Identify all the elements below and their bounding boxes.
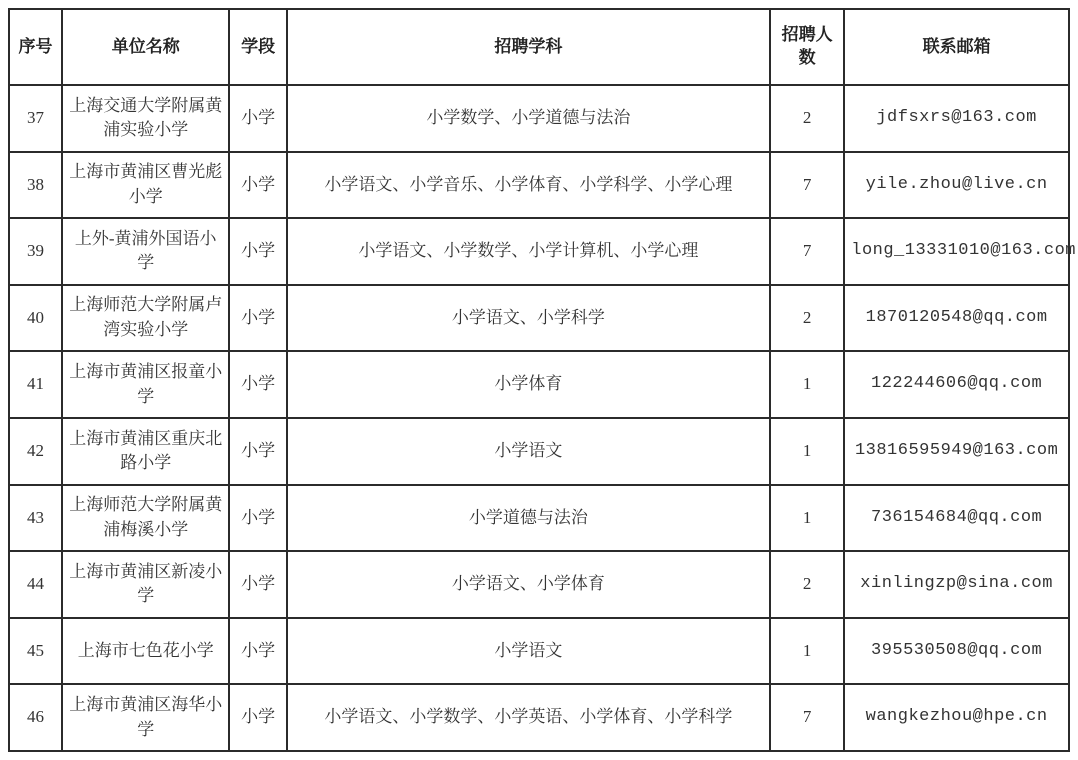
document-page: 序号 单位名称 学段 招聘学科 招聘人数 联系邮箱 37 上海交通大学附属黄浦实… [0, 0, 1078, 760]
email-cell: 122244606@qq.com [844, 351, 1069, 418]
stage-cell: 小学 [229, 485, 286, 552]
count-cell: 1 [770, 485, 844, 552]
subjects-cell: 小学语文 [287, 618, 770, 685]
subjects-cell: 小学语文、小学数学、小学英语、小学体育、小学科学 [287, 684, 770, 751]
unit-name-cell: 上海市黄浦区曹光彪小学 [62, 152, 229, 219]
table-row: 46 上海市黄浦区海华小学 小学 小学语文、小学数学、小学英语、小学体育、小学科… [9, 684, 1069, 751]
subjects-cell: 小学语文、小学数学、小学计算机、小学心理 [287, 218, 770, 285]
email-cell: wangkezhou@hpe.cn [844, 684, 1069, 751]
email-cell: yile.zhou@live.cn [844, 152, 1069, 219]
count-cell: 7 [770, 218, 844, 285]
email-cell: 13816595949@163.com [844, 418, 1069, 485]
recruitment-table: 序号 单位名称 学段 招聘学科 招聘人数 联系邮箱 37 上海交通大学附属黄浦实… [8, 8, 1070, 752]
serial-cell: 42 [9, 418, 62, 485]
count-cell: 1 [770, 351, 844, 418]
table-body: 37 上海交通大学附属黄浦实验小学 小学 小学数学、小学道德与法治 2 jdfs… [9, 85, 1069, 751]
table-row: 44 上海市黄浦区新凌小学 小学 小学语文、小学体育 2 xinlingzp@s… [9, 551, 1069, 618]
subjects-cell: 小学语文 [287, 418, 770, 485]
count-cell: 7 [770, 684, 844, 751]
subjects-cell: 小学数学、小学道德与法治 [287, 85, 770, 152]
table-row: 45 上海市七色花小学 小学 小学语文 1 395530508@qq.com [9, 618, 1069, 685]
stage-cell: 小学 [229, 418, 286, 485]
table-row: 42 上海市黄浦区重庆北路小学 小学 小学语文 1 13816595949@16… [9, 418, 1069, 485]
email-cell: 1870120548@qq.com [844, 285, 1069, 352]
serial-cell: 37 [9, 85, 62, 152]
stage-cell: 小学 [229, 551, 286, 618]
serial-cell: 46 [9, 684, 62, 751]
unit-name-cell: 上海市黄浦区海华小学 [62, 684, 229, 751]
unit-name-cell: 上海市黄浦区重庆北路小学 [62, 418, 229, 485]
stage-cell: 小学 [229, 684, 286, 751]
serial-cell: 41 [9, 351, 62, 418]
table-row: 40 上海师范大学附属卢湾实验小学 小学 小学语文、小学科学 2 1870120… [9, 285, 1069, 352]
table-row: 41 上海市黄浦区报童小学 小学 小学体育 1 122244606@qq.com [9, 351, 1069, 418]
header-unit-name: 单位名称 [62, 9, 229, 85]
table-row: 43 上海师范大学附属黄浦梅溪小学 小学 小学道德与法治 1 736154684… [9, 485, 1069, 552]
count-cell: 1 [770, 418, 844, 485]
serial-cell: 44 [9, 551, 62, 618]
subjects-cell: 小学语文、小学音乐、小学体育、小学科学、小学心理 [287, 152, 770, 219]
count-cell: 2 [770, 285, 844, 352]
header-row: 序号 单位名称 学段 招聘学科 招聘人数 联系邮箱 [9, 9, 1069, 85]
serial-cell: 40 [9, 285, 62, 352]
subjects-cell: 小学体育 [287, 351, 770, 418]
unit-name-cell: 上海师范大学附属黄浦梅溪小学 [62, 485, 229, 552]
table-row: 38 上海市黄浦区曹光彪小学 小学 小学语文、小学音乐、小学体育、小学科学、小学… [9, 152, 1069, 219]
stage-cell: 小学 [229, 351, 286, 418]
email-cell: long_13331010@163.com [844, 218, 1069, 285]
count-cell: 7 [770, 152, 844, 219]
count-cell: 1 [770, 618, 844, 685]
stage-cell: 小学 [229, 218, 286, 285]
email-cell: jdfsxrs@163.com [844, 85, 1069, 152]
header-serial: 序号 [9, 9, 62, 85]
subjects-cell: 小学语文、小学科学 [287, 285, 770, 352]
email-cell: xinlingzp@sina.com [844, 551, 1069, 618]
table-row: 39 上外-黄浦外国语小学 小学 小学语文、小学数学、小学计算机、小学心理 7 … [9, 218, 1069, 285]
subjects-cell: 小学语文、小学体育 [287, 551, 770, 618]
stage-cell: 小学 [229, 152, 286, 219]
serial-cell: 39 [9, 218, 62, 285]
stage-cell: 小学 [229, 85, 286, 152]
header-count: 招聘人数 [770, 9, 844, 85]
stage-cell: 小学 [229, 285, 286, 352]
unit-name-cell: 上海师范大学附属卢湾实验小学 [62, 285, 229, 352]
unit-name-cell: 上海交通大学附属黄浦实验小学 [62, 85, 229, 152]
unit-name-cell: 上海市七色花小学 [62, 618, 229, 685]
serial-cell: 45 [9, 618, 62, 685]
table-row: 37 上海交通大学附属黄浦实验小学 小学 小学数学、小学道德与法治 2 jdfs… [9, 85, 1069, 152]
header-subjects: 招聘学科 [287, 9, 770, 85]
email-cell: 395530508@qq.com [844, 618, 1069, 685]
header-stage: 学段 [229, 9, 286, 85]
count-cell: 2 [770, 551, 844, 618]
unit-name-cell: 上外-黄浦外国语小学 [62, 218, 229, 285]
header-email: 联系邮箱 [844, 9, 1069, 85]
subjects-cell: 小学道德与法治 [287, 485, 770, 552]
serial-cell: 43 [9, 485, 62, 552]
stage-cell: 小学 [229, 618, 286, 685]
unit-name-cell: 上海市黄浦区报童小学 [62, 351, 229, 418]
count-cell: 2 [770, 85, 844, 152]
serial-cell: 38 [9, 152, 62, 219]
unit-name-cell: 上海市黄浦区新凌小学 [62, 551, 229, 618]
email-cell: 736154684@qq.com [844, 485, 1069, 552]
